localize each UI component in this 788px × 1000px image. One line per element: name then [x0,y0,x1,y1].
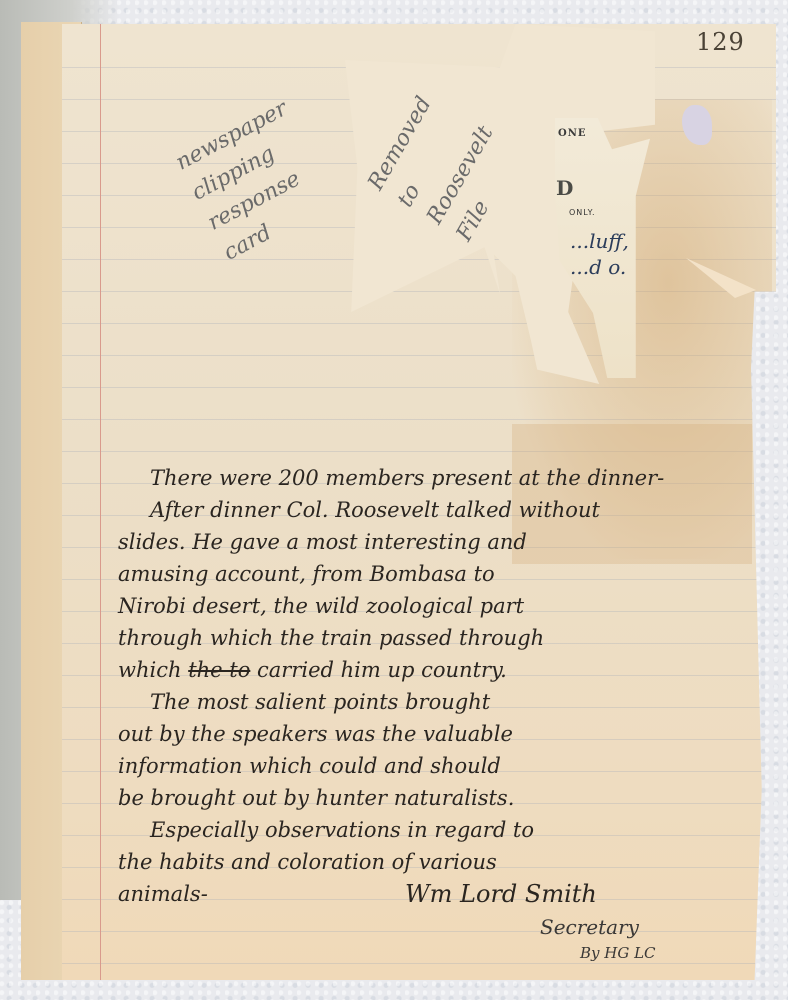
banknote-fragment-letter: D [556,176,573,200]
clipping-handwriting: ...luff, ...d o. [570,228,629,280]
margin-rule [100,24,101,980]
letter-line: Especially observations in regard to [118,814,748,846]
signature: Wm Lord Smith [405,880,597,908]
letter-line: After dinner Col. Roosevelt talked witho… [118,494,748,526]
letter-line: which the to carried him up country. [118,654,748,686]
banknote-fragment-text: ONE [558,128,586,139]
letter-line: There were 200 members present at the di… [118,462,748,494]
letter-line: The most salient points brought [118,686,748,718]
letter-line: through which the train passed through [118,622,748,654]
letter-line: amusing account, from Bombasa to [118,558,748,590]
letter-line: slides. He gave a most interesting and [118,526,748,558]
clipping-printed-text: ONLY. [569,208,595,217]
letter-line: Nirobi desert, the wild zoological part [118,590,748,622]
initials: By HG LC [580,944,656,962]
letter-line: be brought out by hunter naturalists. [118,782,748,814]
struck-text: the to [188,658,250,682]
letter-body: There were 200 members present at the di… [118,462,748,910]
letter-line: the habits and coloration of various [118,846,748,878]
letter-line: out by the speakers was the valuable [118,718,748,750]
letter-line: information which could and should [118,750,748,782]
page-number: 129 [696,28,745,56]
signer-title: Secretary [540,915,639,939]
